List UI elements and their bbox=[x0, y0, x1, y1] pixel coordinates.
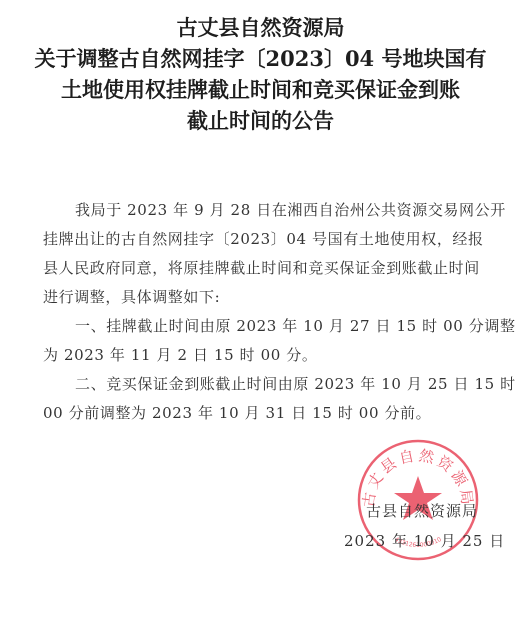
signature-organization: 古县自然资源局 bbox=[366, 500, 478, 521]
body-line-1: 我局于 2023 年 9 月 28 日在湘西自治州公共资源交易网公开 bbox=[43, 196, 483, 225]
body-line-4: 进行调整，具体调整如下: bbox=[43, 283, 483, 312]
body-line-2: 挂牌出让的古自然网挂字〔2023〕04 号国有土地使用权，经报 bbox=[43, 225, 483, 254]
title-line-4: 截止时间的公告 bbox=[0, 105, 521, 136]
body-line-8: 00 分前调整为 2023 年 10 月 31 日 15 时 00 分前。 bbox=[43, 399, 483, 428]
title-line-3: 土地使用权挂牌截止时间和竞买保证金到账 bbox=[0, 74, 521, 105]
announcement-title: 古丈县自然资源局 关于调整古自然网挂字〔2023〕04 号地块国有 土地使用权挂… bbox=[0, 12, 521, 136]
title-line-2: 关于调整古自然网挂字〔2023〕04 号地块国有 bbox=[0, 43, 521, 74]
announcement-body: 我局于 2023 年 9 月 28 日在湘西自治州公共资源交易网公开 挂牌出让的… bbox=[43, 196, 483, 428]
body-line-6: 为 2023 年 11 月 2 日 15 时 00 分。 bbox=[43, 341, 483, 370]
title-line-1: 古丈县自然资源局 bbox=[0, 12, 521, 43]
body-line-7: 二、竞买保证金到账截止时间由原 2023 年 10 月 25 日 15 时 bbox=[43, 370, 483, 399]
signature-date: 2023 年 10 月 25 日 bbox=[344, 530, 505, 551]
body-line-5: 一、挂牌截止时间由原 2023 年 10 月 27 日 15 时 00 分调整 bbox=[43, 312, 483, 341]
body-line-3: 县人民政府同意，将原挂牌截止时间和竞买保证金到账截止时间 bbox=[43, 254, 483, 283]
